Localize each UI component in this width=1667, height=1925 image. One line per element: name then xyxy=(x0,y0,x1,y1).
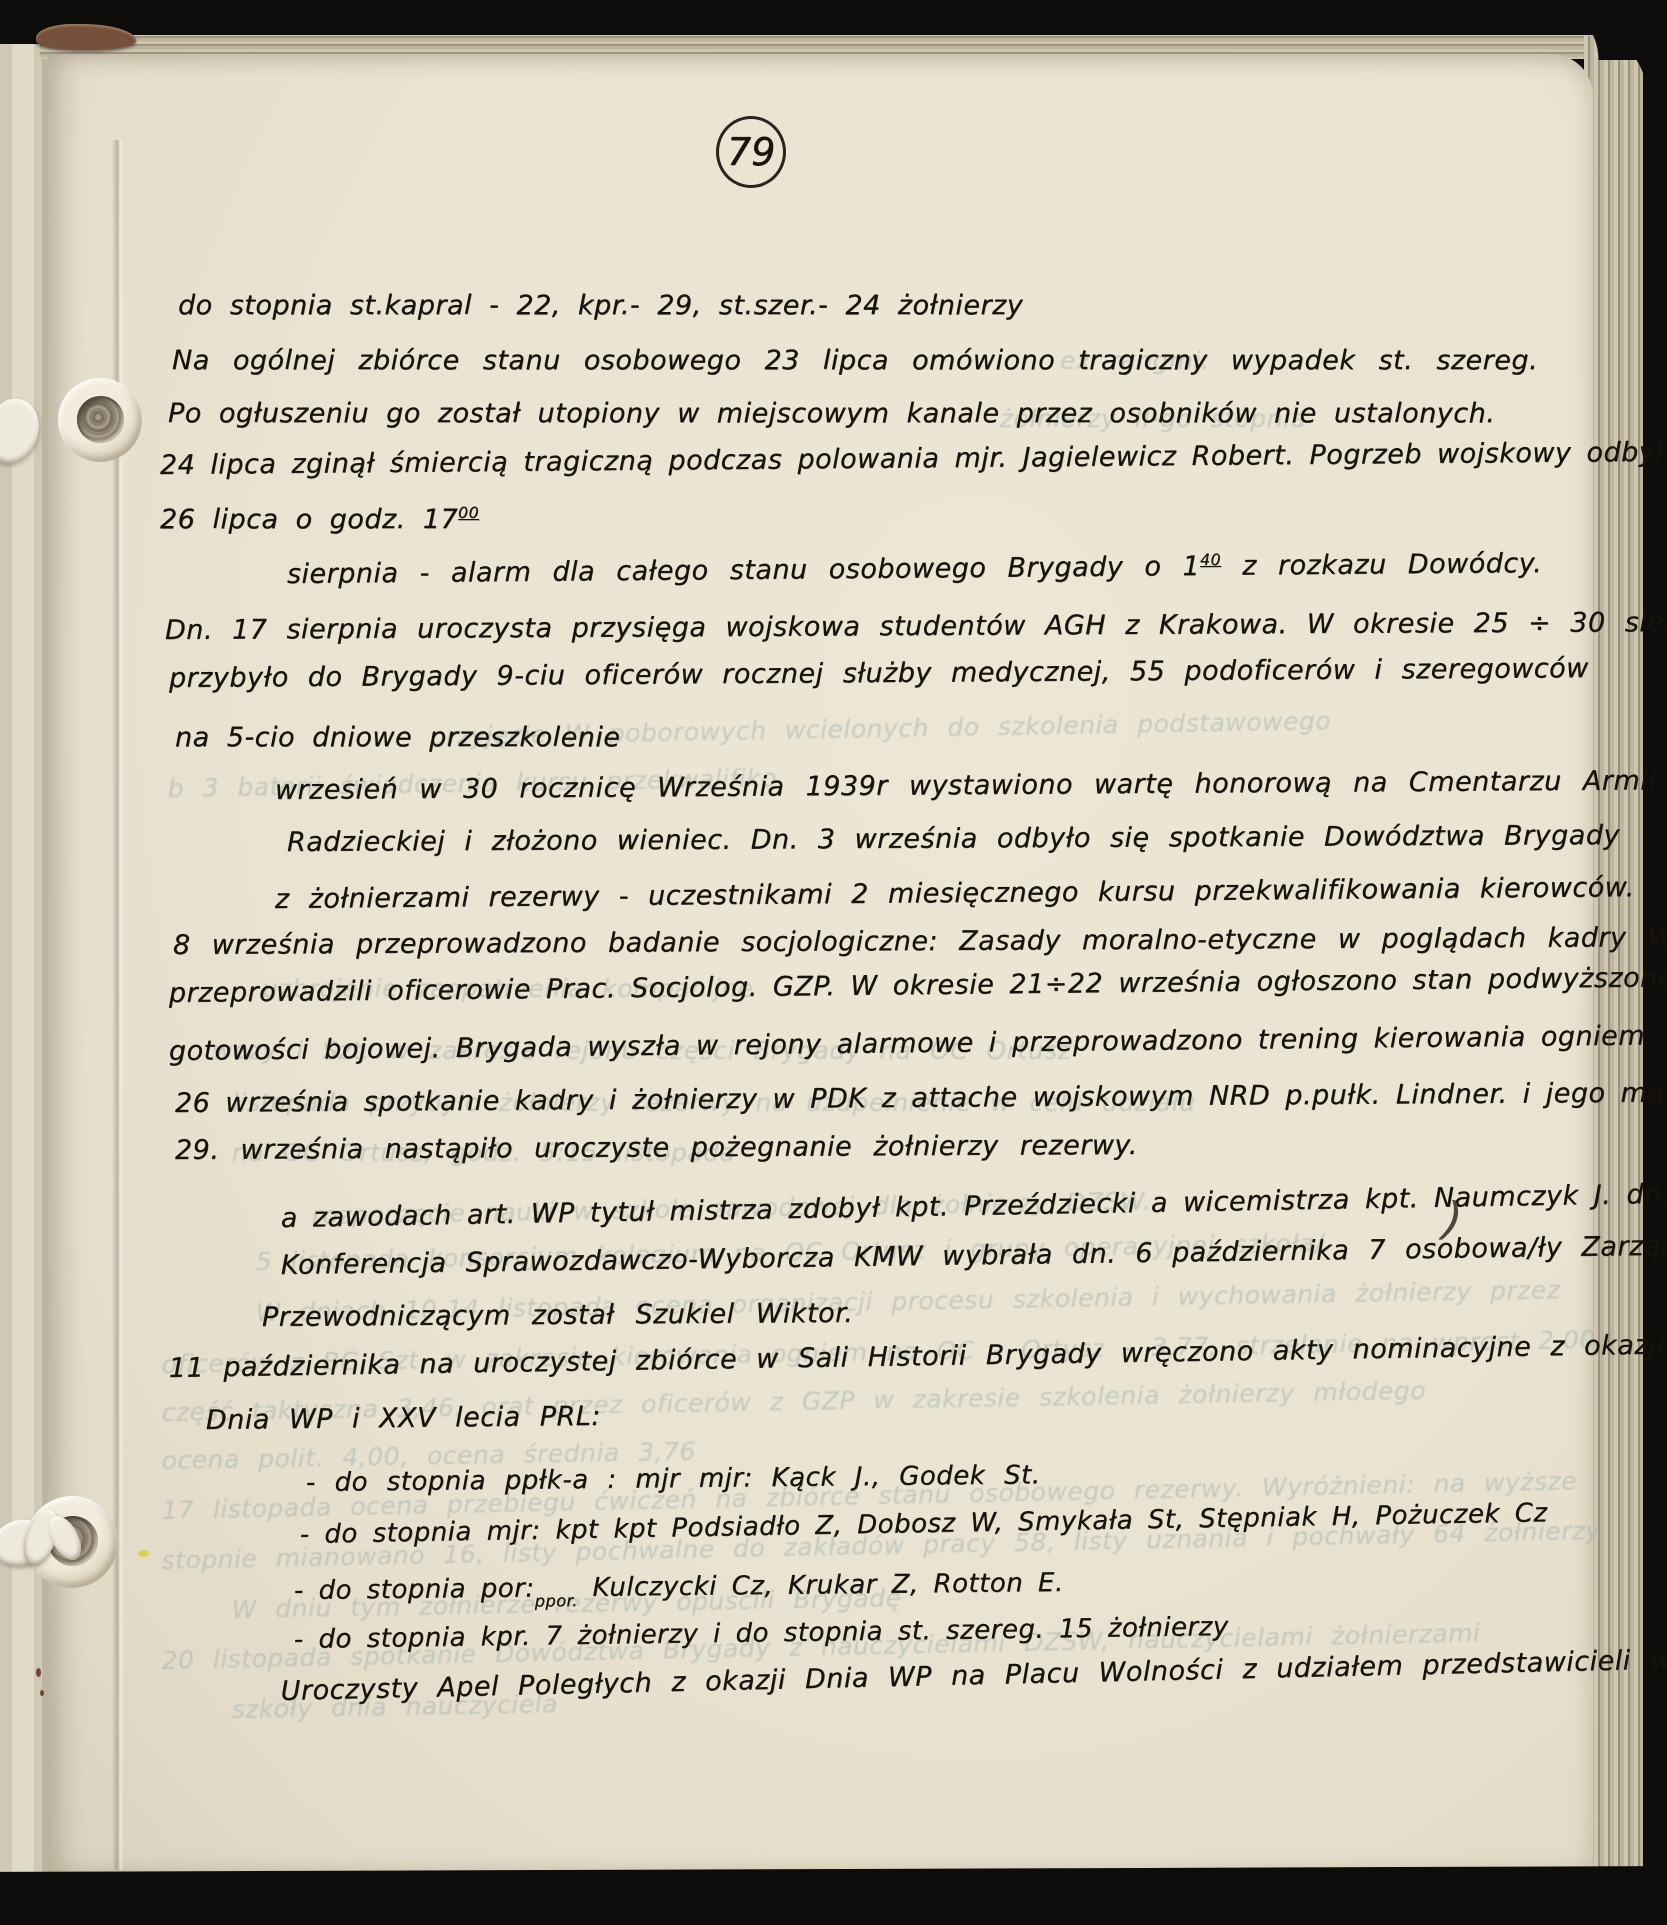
text-line: Przewodniczącym został Szukiel Wiktor. xyxy=(262,1298,854,1333)
text-segment: Kulczycki Cz, Krukar Z, Rotton E. xyxy=(577,1568,1063,1603)
text-line: 29. września nastąpiło uroczyste pożegna… xyxy=(175,1130,1138,1166)
text-line: 26 lipca o godz. 1700 xyxy=(160,503,479,535)
text-line: do stopnia st.kapral - 22, kpr.- 29, st.… xyxy=(178,290,1023,321)
page-stack-left-edge xyxy=(0,30,50,1875)
text-line: Po ogłuszeniu go został utopiony w miejs… xyxy=(168,398,1495,429)
text-segment: z rozkazu Dowódcy. xyxy=(1221,548,1542,582)
text-line: Na ogólnej zbiórce stanu osobowego 23 li… xyxy=(172,345,1538,376)
text-segment: - do stopnia por: xyxy=(294,1573,535,1606)
background-top xyxy=(0,0,1667,35)
text-line: Dnia WP i XXV lecia PRL: xyxy=(206,1401,601,1436)
text-line: na 5-cio dniowe przeszkolenie xyxy=(175,722,620,753)
background-top-right-corner xyxy=(1540,0,1667,60)
page-number: 79 xyxy=(716,116,786,188)
text-segment: 26 lipca o godz. 17 xyxy=(160,504,458,535)
brown-speck xyxy=(36,1668,41,1677)
background-bottom xyxy=(0,1866,1667,1925)
page-stack-right-edge xyxy=(1584,36,1646,1876)
brown-speck xyxy=(40,1690,44,1696)
superscript-time: 40 xyxy=(1200,550,1221,569)
inserted-correction: ppor. xyxy=(535,1591,578,1610)
punch-hole-top-core xyxy=(77,396,124,443)
superscript-time: 00 xyxy=(458,503,479,522)
scanned-chronicle-page: ex rangmi. żołnierzy II-go stopnia przyj… xyxy=(0,0,1667,1925)
yellow-speck xyxy=(138,1550,149,1557)
